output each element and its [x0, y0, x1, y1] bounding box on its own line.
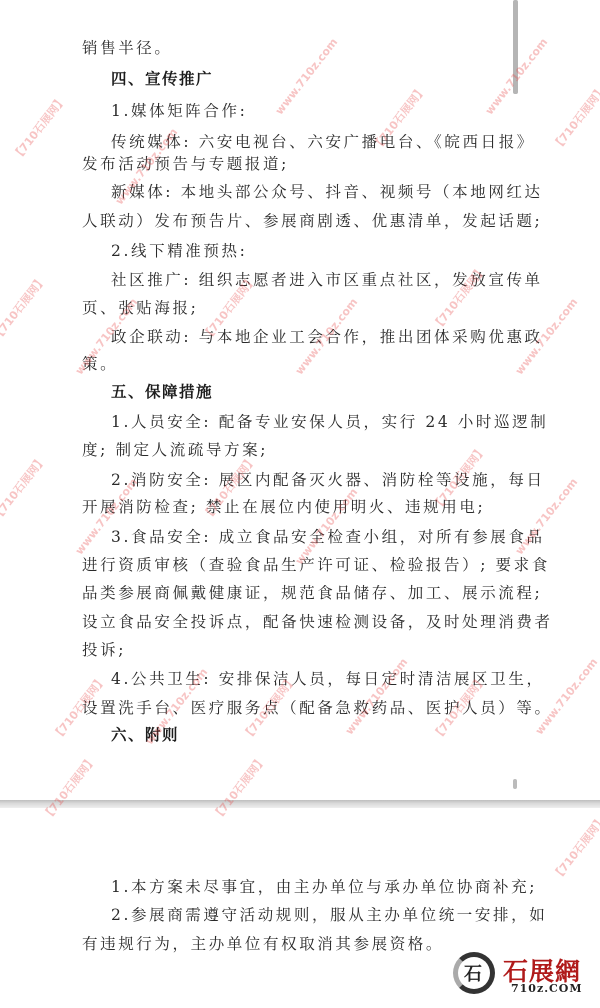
text-line: 设置洗手台、医疗服务点（配备急救药品、医护人员）等。	[82, 698, 442, 718]
scrollbar-marker[interactable]	[513, 779, 517, 789]
text-line: 销售半径。	[82, 38, 442, 58]
text-line: 设立食品安全投诉点，配备快速检测设备，及时处理消费者	[82, 612, 442, 632]
text-line: 3.食品安全: 成立食品安全检查小组，对所有参展食品	[111, 527, 471, 547]
section-heading-publicity: 四、宣传推广	[111, 69, 471, 89]
text-line: 开展消防检查; 禁止在展位内使用明火、违规用电;	[82, 497, 442, 517]
text-line: 有违规行为，主办单位有权取消其参展资格。	[82, 934, 442, 954]
site-logo: 石 石展網 710z.COM	[453, 952, 593, 1004]
text-line: 2.线下精准预热:	[111, 241, 471, 261]
document-page-1: 销售半径。 四、宣传推广 1.媒体矩阵合作: 传统媒体: 六安电视台、六安广播电…	[0, 0, 600, 800]
text-line: 人联动）发布预告片、参展商剧透、优惠清单，发起话题;	[82, 211, 442, 231]
page-break-divider	[0, 800, 600, 808]
text-line: 传统媒体: 六安电视台、六安广播电台、《皖西日报》	[111, 132, 471, 152]
text-line: 4.公共卫生: 安排保洁人员，每日定时清洁展区卫生，	[111, 669, 471, 689]
text-line: 度; 制定人流疏导方案;	[82, 440, 442, 460]
text-line: 1.本方案未尽事宜，由主办单位与承办单位协商补充;	[111, 877, 471, 897]
text-line: 1.人员安全: 配备专业安保人员，实行 24 小时巡逻制	[111, 412, 471, 432]
logo-glyph: 石	[464, 960, 482, 986]
section-heading-appendix: 六、附则	[111, 725, 471, 745]
logo-domain: 710z.COM	[511, 982, 583, 995]
text-line: 进行资质审核（查验食品生产许可证、检验报告）; 要求食	[82, 555, 442, 575]
text-line: 新媒体: 本地头部公众号、抖音、视频号（本地网红达	[111, 182, 471, 202]
text-line: 1.媒体矩阵合作:	[111, 101, 471, 121]
text-line: 投诉;	[82, 640, 442, 660]
text-line: 页、张贴海报;	[82, 298, 442, 318]
text-line: 2.消防安全: 展区内配备灭火器、消防栓等设施，每日	[111, 470, 471, 490]
text-line: 2.参展商需遵守活动规则，服从主办单位统一安排，如	[111, 905, 471, 925]
text-line: 社区推广: 组织志愿者进入市区重点社区，发放宣传单	[111, 270, 471, 290]
text-line: 品类参展商佩戴健康证，规范食品储存、加工、展示流程;	[82, 583, 442, 603]
scrollbar-thumb[interactable]	[513, 0, 518, 94]
text-line: 发布活动预告与专题报道;	[82, 154, 442, 174]
section-heading-safeguards: 五、保障措施	[111, 382, 471, 402]
text-line: 政企联动: 与本地企业工会合作，推出团体采购优惠政	[111, 327, 471, 347]
text-line: 策。	[82, 354, 442, 374]
